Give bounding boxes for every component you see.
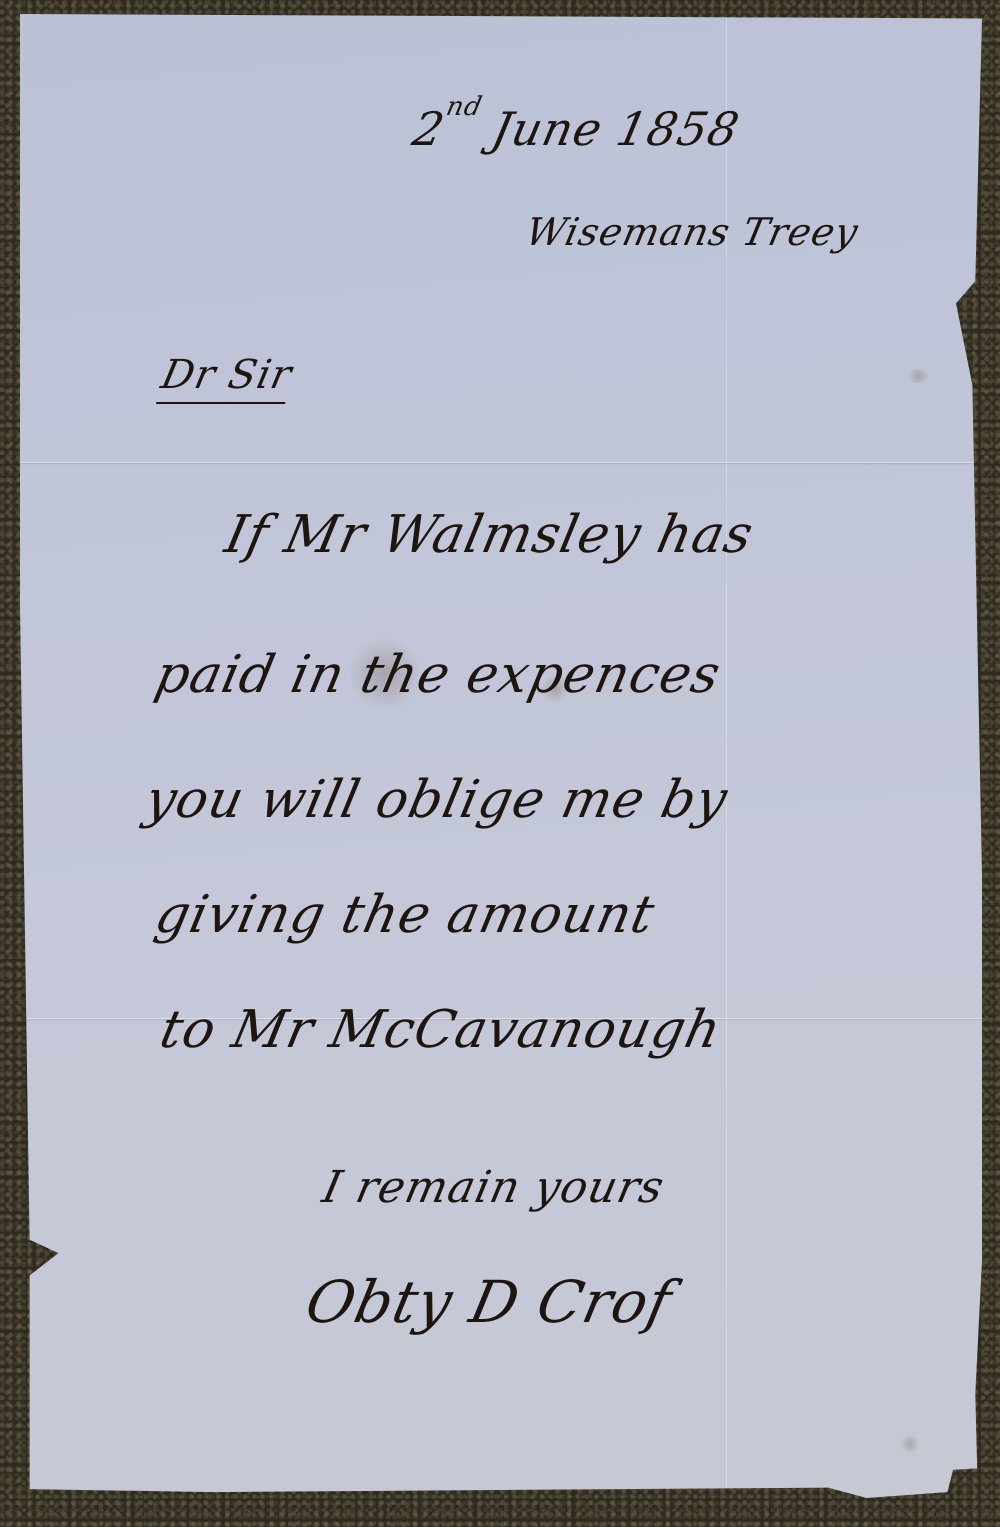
ink-spot — [905, 369, 931, 383]
fold-crease-upper — [20, 462, 982, 463]
letter-signature: Obty D Crof — [300, 1268, 678, 1336]
body-line-4: giving the amount — [150, 885, 660, 945]
body-line-1: If Mr Walmsley has — [220, 505, 759, 565]
date-month-year: June 1858 — [487, 102, 744, 156]
letter-place: Wisemans Treey — [522, 210, 863, 254]
letter-date: 2nd June 1858 — [408, 92, 747, 156]
ink-spot — [900, 1434, 920, 1454]
body-line-5: to Mr McCavanough — [155, 1000, 727, 1060]
date-day-suffix: nd — [444, 92, 486, 122]
letter-closing: I remain yours — [318, 1162, 669, 1213]
letter-salutation: Dr Sir — [156, 352, 296, 404]
salutation-text: Dr Sir — [156, 352, 296, 404]
body-line-3: you will oblige me by — [140, 770, 733, 830]
body-line-2: paid in the expences — [150, 645, 726, 705]
